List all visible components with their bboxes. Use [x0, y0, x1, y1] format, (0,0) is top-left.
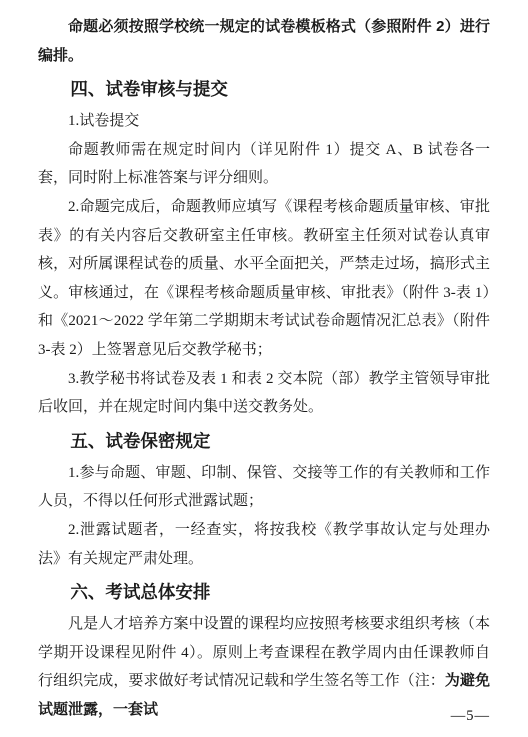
body-paragraph: 命题必须按照学校统一规定的试卷模板格式（参照附件 2）进行编排。 [38, 13, 490, 70]
body-paragraph: 2.泄露试题者，一经查实，将按我校《教学事故认定与处理办法》有关规定严肃处理。 [38, 516, 490, 573]
section-heading: 四、试卷审核与提交 [38, 74, 490, 104]
body-paragraph: 凡是人才培养方案中设置的课程均应按照考核要求组织考核（本学期开设课程见附件 4）… [38, 610, 490, 724]
document-body: 命题必须按照学校统一规定的试卷模板格式（参照附件 2）进行编排。四、试卷审核与提… [0, 0, 528, 724]
body-paragraph: 命题教师需在规定时间内（详见附件 1）提交 A、B 试卷各一套，同时附上标准答案… [38, 136, 490, 193]
body-paragraph: 1.参与命题、审题、印制、保管、交接等工作的有关教师和工作人员，不得以任何形式泄… [38, 459, 490, 516]
section-heading: 五、试卷保密规定 [38, 426, 490, 456]
page-number: —5— [451, 707, 490, 725]
section-heading: 六、考试总体安排 [38, 577, 490, 607]
body-paragraph: 2.命题完成后，命题教师应填写《课程考核命题质量审核、审批表》的有关内容后交教研… [38, 193, 490, 365]
body-paragraph: 1.试卷提交 [38, 107, 490, 136]
bold-note-text: 为避免试题泄露，一套试 [38, 672, 490, 718]
body-paragraph: 3.教学秘书将试卷及表 1 和表 2 交本院（部）教学主管领导审批后收回，并在规… [38, 365, 490, 422]
document-page: 命题必须按照学校统一规定的试卷模板格式（参照附件 2）进行编排。四、试卷审核与提… [0, 0, 528, 737]
